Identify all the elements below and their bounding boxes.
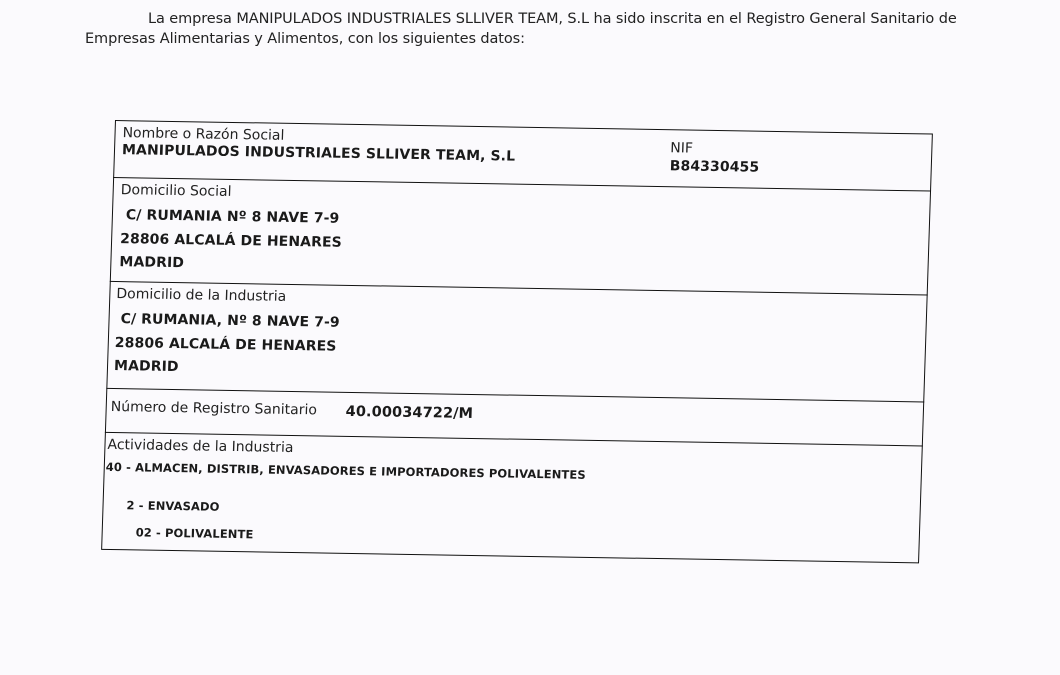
actividades-label: Actividades de la Industria [107, 437, 293, 456]
actividad-item: 2 - ENVASADO [126, 498, 219, 514]
nif-value: B84330455 [669, 158, 759, 175]
registro-label: Número de Registro Sanitario [110, 399, 317, 418]
registration-table: Nombre o Razón Social MANIPULADOS INDUST… [101, 120, 933, 563]
nif-label: NIF [670, 140, 693, 156]
intro-line-1: La empresa MANIPULADOS INDUSTRIALES SLLI… [148, 9, 957, 29]
actividad-item: 02 - POLIVALENTE [135, 525, 253, 541]
name-value: MANIPULADOS INDUSTRIALES SLLIVER TEAM, S… [122, 142, 516, 165]
domicilio-social-line-1: C/ RUMANIA Nº 8 NAVE 7-9 [126, 207, 340, 227]
domicilio-industria-line-2: 28806 ALCALÁ DE HENARES [115, 335, 337, 355]
domicilio-industria-line-3: MADRID [114, 358, 179, 375]
domicilio-industria-label: Domicilio de la Industria [116, 286, 286, 305]
name-label: Nombre o Razón Social [122, 125, 284, 144]
intro-line-2: Empresas Alimentarias y Alimentos, con l… [85, 29, 525, 49]
row-domicilio-social: Domicilio Social C/ RUMANIA Nº 8 NAVE 7-… [110, 178, 931, 296]
domicilio-social-line-3: MADRID [119, 254, 184, 271]
domicilio-industria-line-1: C/ RUMANIA, Nº 8 NAVE 7-9 [120, 311, 340, 331]
row-domicilio-industria: Domicilio de la Industria C/ RUMANIA, Nº… [106, 282, 927, 403]
row-actividades: Actividades de la Industria 40 - ALMACEN… [101, 433, 923, 564]
domicilio-social-label: Domicilio Social [120, 182, 231, 200]
registro-value: 40.00034722/M [345, 404, 473, 422]
actividad-item: 40 - ALMACEN, DISTRIB, ENVASADORES E IMP… [106, 460, 586, 482]
domicilio-social-line-2: 28806 ALCALÁ DE HENARES [120, 231, 342, 251]
